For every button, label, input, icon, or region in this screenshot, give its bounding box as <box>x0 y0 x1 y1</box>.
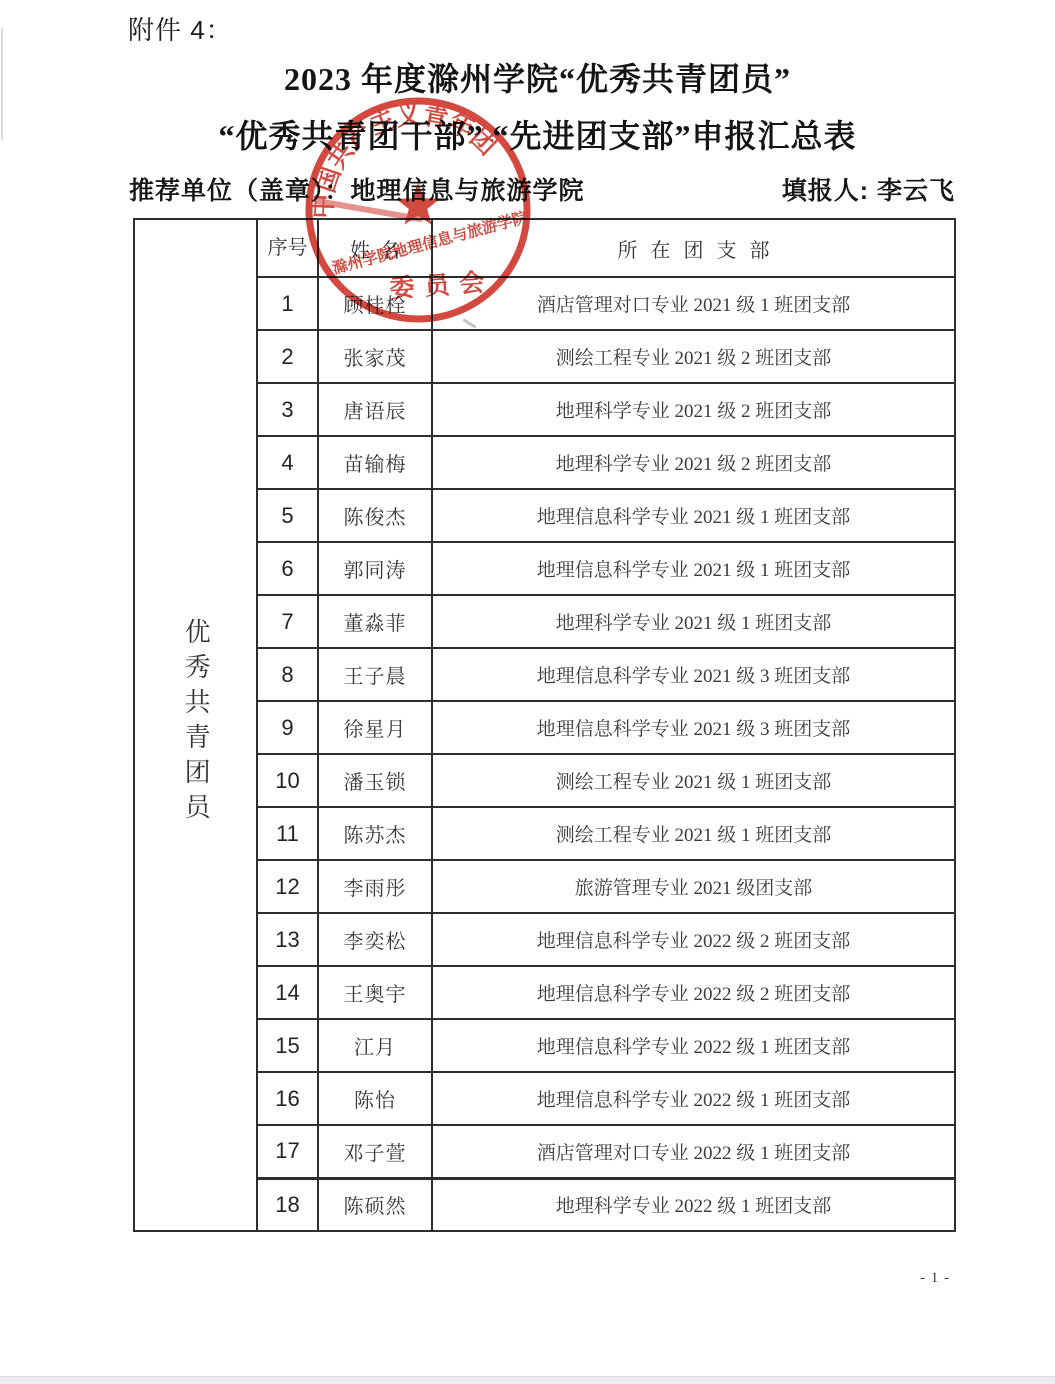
branch-name: 旅游管理专业 2021 级团支部 <box>432 860 955 913</box>
table-row: 4 苗输梅 地理科学专业 2021 级 2 班团支部 <box>134 436 955 489</box>
table-row: 8 王子晨 地理信息科学专业 2021 级 3 班团支部 <box>134 648 955 701</box>
row-number: 6 <box>257 542 318 595</box>
branch-name: 地理信息科学专业 2022 级 2 班团支部 <box>432 913 955 966</box>
row-number: 7 <box>257 595 318 648</box>
member-name: 王奥宇 <box>318 966 432 1019</box>
row-number: 17 <box>257 1125 318 1178</box>
table-row: 6 郭同涛 地理信息科学专业 2021 级 1 班团支部 <box>134 542 955 595</box>
row-number: 5 <box>257 489 318 542</box>
table-row: 1 顾桂栓 酒店管理对口专业 2021 级 1 班团支部 <box>134 277 955 330</box>
row-number: 8 <box>257 648 318 701</box>
table-row: 15 江月 地理信息科学专业 2022 级 1 班团支部 <box>134 1019 955 1072</box>
member-name: 邓子萱 <box>318 1125 432 1178</box>
branch-name: 地理信息科学专业 2021 级 3 班团支部 <box>432 648 955 701</box>
branch-name: 地理信息科学专业 2022 级 2 班团支部 <box>432 966 955 1019</box>
member-name: 陈俊杰 <box>318 489 432 542</box>
row-number: 13 <box>257 913 318 966</box>
member-name: 李雨彤 <box>318 860 432 913</box>
table-row: 17 邓子萱 酒店管理对口专业 2022 级 1 班团支部 <box>134 1125 955 1178</box>
table-row: 13 李奕松 地理信息科学专业 2022 级 2 班团支部 <box>134 913 955 966</box>
scan-left-edge-artifact <box>1 28 3 140</box>
scanned-document-page: { "page": { "attachment_label": "附件 4：",… <box>0 0 1055 1384</box>
member-name: 苗输梅 <box>318 436 432 489</box>
document-title-line2: “优秀共青团干部” “先进团支部”申报汇总表 <box>20 111 1055 157</box>
member-name: 徐星月 <box>318 701 432 754</box>
table-row: 3 唐语辰 地理科学专业 2021 级 2 班团支部 <box>134 383 955 436</box>
branch-name: 地理科学专业 2021 级 1 班团支部 <box>432 595 955 648</box>
table-row: 12 李雨彤 旅游管理专业 2021 级团支部 <box>134 860 955 913</box>
column-header-branch: 所在团支部 <box>432 219 955 277</box>
branch-name: 地理信息科学专业 2022 级 1 班团支部 <box>432 1019 955 1072</box>
row-number: 4 <box>257 436 318 489</box>
member-name: 张家茂 <box>318 330 432 383</box>
row-number: 1 <box>257 277 318 330</box>
branch-name: 测绘工程专业 2021 级 1 班团支部 <box>432 807 955 860</box>
branch-name: 测绘工程专业 2021 级 1 班团支部 <box>432 754 955 807</box>
member-name: 潘玉锁 <box>318 754 432 807</box>
branch-name: 地理信息科学专业 2021 级 1 班团支部 <box>432 489 955 542</box>
table-row: 7 董淼菲 地理科学专业 2021 级 1 班团支部 <box>134 595 955 648</box>
row-number: 9 <box>257 701 318 754</box>
member-name: 陈怡 <box>318 1072 432 1125</box>
member-name: 李奕松 <box>318 913 432 966</box>
branch-name: 地理信息科学专业 2022 级 1 班团支部 <box>432 1072 955 1125</box>
scan-bottom-edge <box>0 1376 1055 1384</box>
page-number: - 1 - <box>905 1270 965 1287</box>
row-number: 12 <box>257 860 318 913</box>
row-number: 11 <box>257 807 318 860</box>
row-number: 16 <box>257 1072 318 1125</box>
member-name: 郭同涛 <box>318 542 432 595</box>
row-number: 18 <box>257 1178 318 1231</box>
branch-name: 地理信息科学专业 2021 级 3 班团支部 <box>432 701 955 754</box>
table-header-row: 优秀共青团员 序号 姓名 所在团支部 <box>134 219 955 277</box>
branch-name: 地理信息科学专业 2021 级 1 班团支部 <box>432 542 955 595</box>
category-vertical-label: 优秀共青团员 <box>180 618 211 828</box>
branch-name: 酒店管理对口专业 2021 级 1 班团支部 <box>432 277 955 330</box>
branch-name: 酒店管理对口专业 2022 级 1 班团支部 <box>432 1125 955 1178</box>
branch-name: 地理科学专业 2022 级 1 班团支部 <box>432 1178 955 1231</box>
column-header-number: 序号 <box>257 219 318 277</box>
document-title-line1: 2023 年度滁州学院“优秀共青团员” <box>20 54 1055 100</box>
member-name: 江月 <box>318 1019 432 1072</box>
category-cell-outstanding-members: 优秀共青团员 <box>134 219 257 1231</box>
member-name: 董淼菲 <box>318 595 432 648</box>
row-number: 14 <box>257 966 318 1019</box>
table-row: 11 陈苏杰 测绘工程专业 2021 级 1 班团支部 <box>134 807 955 860</box>
table-row: 5 陈俊杰 地理信息科学专业 2021 级 1 班团支部 <box>134 489 955 542</box>
column-header-name: 姓名 <box>318 219 432 277</box>
table-row: 9 徐星月 地理信息科学专业 2021 级 3 班团支部 <box>134 701 955 754</box>
attachment-label: 附件 4： <box>128 10 233 47</box>
branch-name: 地理科学专业 2021 级 2 班团支部 <box>432 436 955 489</box>
recommend-unit-label: 推荐单位（盖章）：地理信息与旅游学院 <box>129 171 585 207</box>
table-row: 2 张家茂 测绘工程专业 2021 级 2 班团支部 <box>134 330 955 383</box>
member-summary-table: 优秀共青团员 序号 姓名 所在团支部 1 顾桂栓 酒店管理对口专业 2021 级… <box>133 218 956 1232</box>
member-name: 陈硕然 <box>318 1178 432 1231</box>
member-name: 陈苏杰 <box>318 807 432 860</box>
branch-name: 测绘工程专业 2021 级 2 班团支部 <box>432 330 955 383</box>
member-name: 顾桂栓 <box>318 277 432 330</box>
row-number: 3 <box>257 383 318 436</box>
branch-name: 地理科学专业 2021 级 2 班团支部 <box>432 383 955 436</box>
filler-name-label: 填报人: 李云飞 <box>782 171 955 207</box>
member-name: 王子晨 <box>318 648 432 701</box>
row-number: 15 <box>257 1019 318 1072</box>
row-number: 2 <box>257 330 318 383</box>
table-row: 14 王奥宇 地理信息科学专业 2022 级 2 班团支部 <box>134 966 955 1019</box>
row-number: 10 <box>257 754 318 807</box>
table-row: 16 陈怡 地理信息科学专业 2022 级 1 班团支部 <box>134 1072 955 1125</box>
member-name: 唐语辰 <box>318 383 432 436</box>
table-row: 18 陈硕然 地理科学专业 2022 级 1 班团支部 <box>134 1178 955 1231</box>
table-row: 10 潘玉锁 测绘工程专业 2021 级 1 班团支部 <box>134 754 955 807</box>
